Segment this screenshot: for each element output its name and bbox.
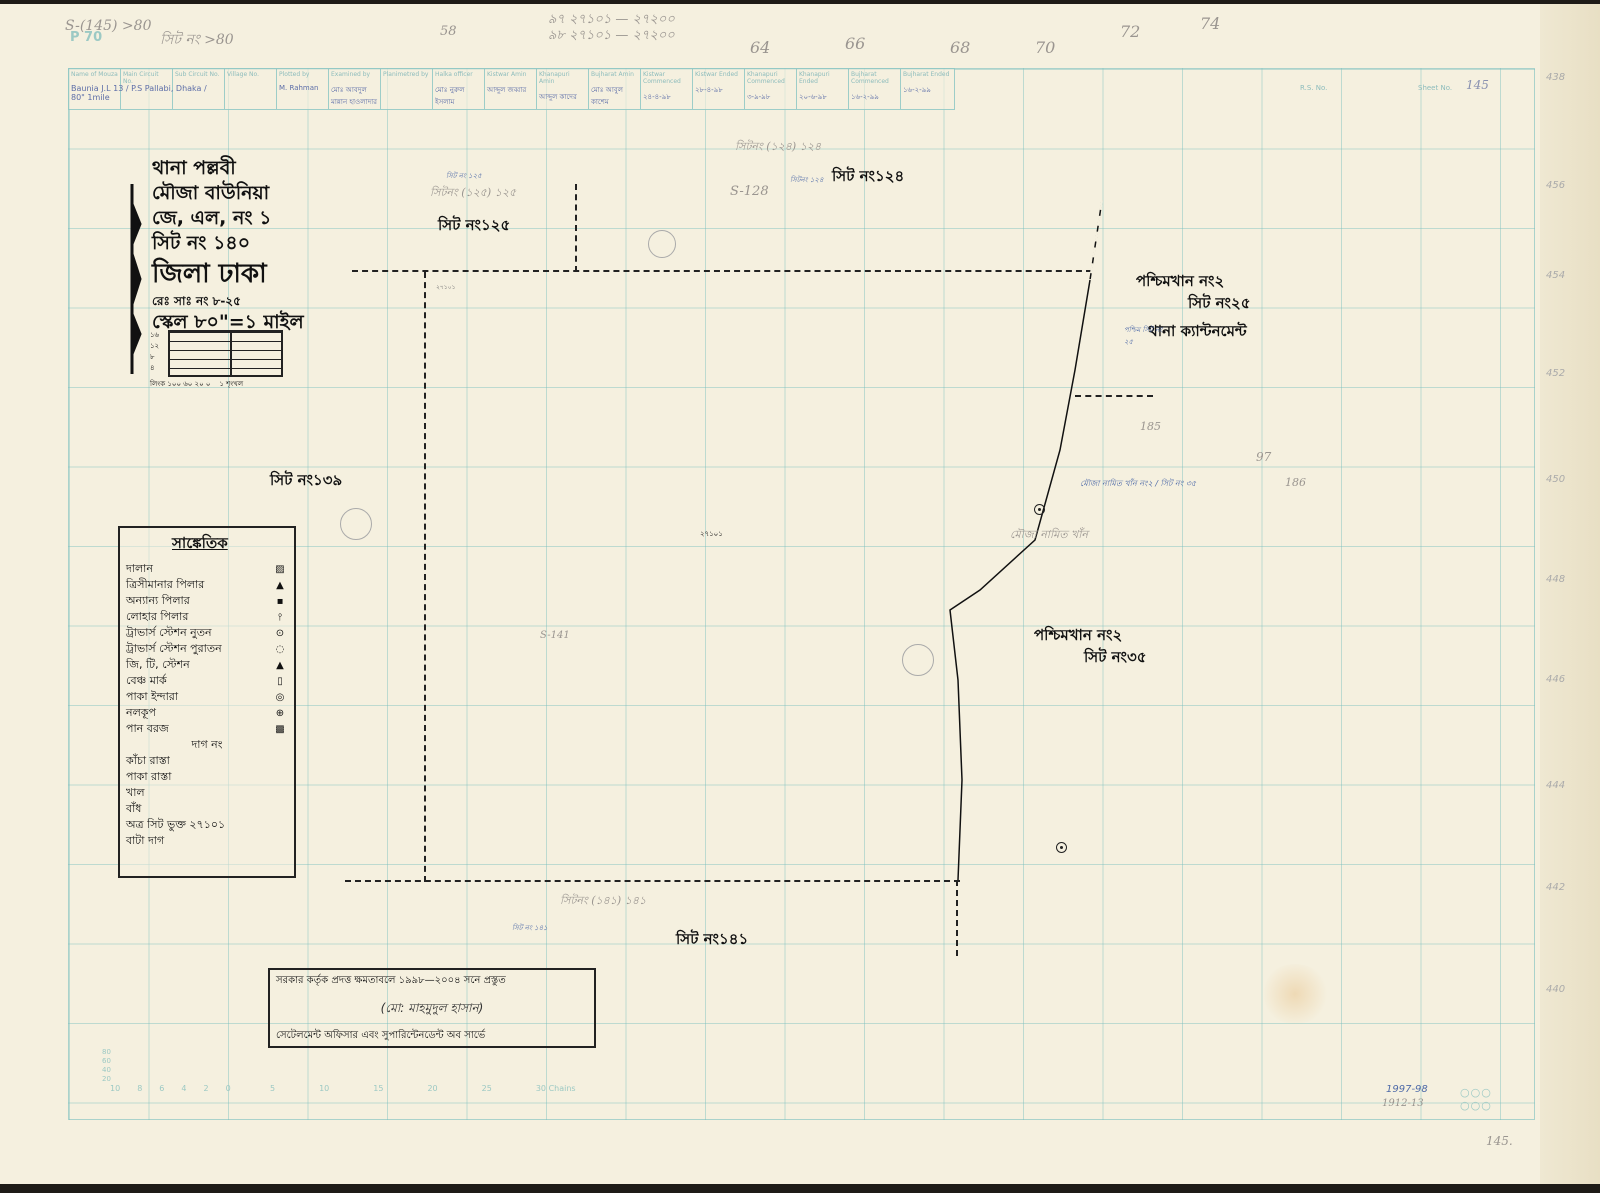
traverse-station-icon [1056,842,1067,853]
pencil-plot-range-2: ৯৮ ২৭১০১ — ২৭২০০ [548,26,675,47]
header-cell-kistwar-commenced: Kistwar Commenced২৪-৪-৯৮ [641,69,693,109]
margin-number: 448 [1546,574,1565,585]
thana-label: থানা পল্লবী [152,156,304,181]
bottom-scale-right-ticks: 51015202530 Chains [270,1084,576,1093]
mouza-label: মৌজা বাউনিয়া [152,181,304,206]
header-cell-kistwar-amin: Kistwar Aminআব্দুল জব্বার [485,69,537,109]
adjacent-sheet-124: সিট নং১২৪ [832,165,904,190]
margin-number: 438 [1546,72,1565,83]
adjacent-sheet-125: সিট নং১২৫ [438,214,510,239]
pencil-circle-mark [340,508,372,540]
blue-note: পশ্চিম সিট নং ২৫ [1124,324,1164,348]
blue-note: সিটনং ১২৪ [790,174,824,186]
pencil-top-number-66: 66 [845,34,865,53]
boundary-sheet-125-124 [575,184,577,272]
building-icon: ▨ [272,564,288,575]
traverse-station-icon [1034,504,1045,515]
pencil-top-number-64: 64 [750,38,770,57]
margin-number: 452 [1546,368,1565,379]
header-table: Name of MouzaBaunia J.L 13 / P.S Pallabi… [68,68,955,110]
pencil-top-number-72: 72 [1120,22,1140,41]
adjacent-sheet-141: সিট নং১৪১ [676,928,748,953]
header-cell-mouza: Name of MouzaBaunia J.L 13 / P.S Pallabi… [69,69,121,109]
form-code: P 70 [70,30,102,45]
old-traverse-station-icon: ◌ [272,644,288,655]
margin-number: 446 [1546,674,1565,685]
plot-number-center: ২৭১০১ [700,528,723,540]
title-block: থানা পল্লবী মৌজা বাউনিয়া জে, এল, নং ১ স… [152,156,304,335]
header-cell-halka-officer: Halka officerমোঃ নুরুল ইসলাম [433,69,485,109]
header-cell-examined-by: Examined byমোঃ আবদুল মান্নান হাওলাদার [329,69,381,109]
adjacent-mouza-sheet-25: সিট নং২৫ [1188,292,1251,317]
sheet-no-title: সিট নং ১৪০ [152,231,304,256]
betel-garden-icon: ▩ [272,724,288,735]
pencil-top-number-68: 68 [950,38,970,57]
header-cell-khanapuri-commenced: Khanapuri Commenced৩-৯-৯৮ [745,69,797,109]
blue-note: সিট নং ১২৫ [446,170,482,182]
boundary-west [424,272,426,882]
tubewell-icon: ⊕ [272,708,288,719]
header-cell-kistwar-ended: Kistwar Ended২৮-৪-৯৮ [693,69,745,109]
legend-item: খাল [120,785,294,801]
margin-number: 456 [1546,180,1565,191]
north-arrow-icon [128,184,138,374]
diagonal-scale-bar [168,330,283,377]
boundary-south [345,880,960,882]
cadastral-map-sheet: S-(145) >80 সিট নং >80 P 70 ৯৭ ২৭১০১ — ২… [0,4,1600,1184]
legend-item: পাকা রাস্তা [120,769,294,785]
boundary-south-stub [956,880,958,956]
pucca-well-icon: ◎ [272,692,288,703]
pencil-top-number-74: 74 [1200,14,1220,33]
pencil-note: 97 [1256,450,1271,464]
margin-number: 454 [1546,270,1565,281]
district-label: জিলা ঢাকা [152,256,304,292]
pencil-note: সিটনং (১২৫) ১২৫ [430,184,516,203]
pencil-note: 186 [1285,476,1306,489]
legend-box: সাঙ্কেতিক দালান▨ ত্রিসীমানার পিলার▲ অন্য… [118,526,296,878]
gt-station-icon: ▲ [272,660,288,671]
header-cell-plotted-by: Plotted byM. Rahman [277,69,329,109]
margin-number: 444 [1546,780,1565,791]
blue-note: সিট নং ১৪১ [512,922,548,934]
pencil-note: সিটনং (১৪১) ১৪১ [560,892,646,911]
header-cell-khanapuri-ended: Khanapuri Ended২০-৬-৯৮ [797,69,849,109]
header-cell-bujharat-ended: Bujharat Ended১৬-২-৯৯ [901,69,954,109]
reg-no-label: রেঃ সাঃ নং ৮-২৫ [152,292,304,310]
pencil-sheet-ref-2: সিট নং >80 [160,28,234,52]
header-cell-planimetred-by: Planimetred by [381,69,433,109]
paper-stain [1260,964,1330,1024]
scale-bar-y-labels: ১৬১২৮৪ [150,330,159,374]
legend-item: বাটা দাগ [120,833,294,849]
blue-note: মৌজা নামিত খাঁন নং২ / সিট নং ৩৫ [1080,478,1200,491]
sheet-mark-bottom: 145. [1486,1134,1513,1148]
sheet-no-label: Sheet No. [1418,84,1452,92]
officer-signature: (মো: মাহমুদুল হাসান) [276,1000,588,1020]
pencil-top-number-70: 70 [1035,38,1055,57]
bottom-scale-y-ticks: 80604020 [102,1048,111,1084]
pencil-note: মৌজা নামিত খাঁন [1010,526,1088,545]
adjacent-mouza-sheet-35: সিট নং৩৫ [1084,646,1147,671]
jl-no-label: জে, এল, নং ১ [152,206,304,231]
legend-title: সাঙ্কেতিক [172,532,294,557]
pencil-note: সিটনং (১২৪) ১২৪ [735,138,821,157]
pencil-note: S-128 [730,184,769,199]
pencil-circle-mark [648,230,676,258]
iron-pillar-icon: ⫯ [272,612,288,623]
header-cell-village: Village No. [225,69,277,109]
survey-year-2: 1912-13 [1382,1098,1424,1109]
header-cell-khanapuri-amin: Khanapuri Aminআব্দুল কাদের [537,69,589,109]
other-pillar-icon: ▪ [272,596,288,607]
certificate-line-1: সরকার কর্তৃক প্রদত্ত ক্ষমতাবলে ১৯৯৮—২০০৪… [276,973,588,990]
margin-number: 442 [1546,882,1565,893]
certificate-line-2: সেটেলমেন্ট অফিসার এবং সুপারিন্টেনডেন্ট অ… [276,1028,588,1045]
margin-number: 440 [1546,984,1565,995]
sheet-no-value: 145 [1466,78,1489,92]
pencil-note: S-141 [540,630,570,641]
tri-junction-pillar-icon: ▲ [272,580,288,591]
registration-circles: ○○○○○○ [1460,1086,1492,1112]
pencil-circle-mark [902,644,934,676]
plot-number-topleft: ২৭১০১ [436,282,456,293]
new-traverse-station-icon: ⊙ [272,628,288,639]
survey-year-1: 1997-98 [1386,1084,1428,1095]
margin-number: 450 [1546,474,1565,485]
adjacent-sheet-139: সিট নং১৩৯ [270,469,342,494]
scale-bar-footer: লিংক ১০০ ৬০ ২০ ০ ১ শৃংখল [150,378,243,390]
header-cell-bujharat-commenced: Bujharat Commenced১৬-২-৯৯ [849,69,901,109]
header-cell-bujharat-amin: Bujharat Aminমোঃ আবুল কাশেম [589,69,641,109]
bottom-scale-left-ticks: 1086420 [110,1084,231,1093]
certificate-box: সরকার কর্তৃক প্রদত্ত ক্ষমতাবলে ১৯৯৮—২০০৪… [268,968,596,1048]
rs-no-label: R.S. No. [1300,84,1327,92]
bench-mark-icon: ▯ [272,676,288,687]
pencil-note: 185 [1140,420,1161,433]
boundary-east [940,200,1110,890]
pencil-top-number-58: 58 [440,24,457,39]
